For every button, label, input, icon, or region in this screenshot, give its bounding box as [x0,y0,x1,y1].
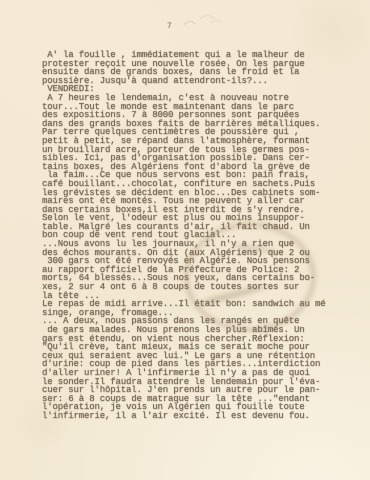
body-paragraph: A 7 heures le lendemain, c'est à nouveau… [42,94,342,421]
pencil-scribble-mark [180,11,226,33]
page-number: 7 [167,22,172,31]
scanned-typewritten-page: 7 A' la fouille , immédiatement qui a le… [0,0,370,480]
typed-text-block: A' la fouille , immédiatement qui a le m… [42,51,342,421]
opening-paragraph: A' la fouille , immédiatement qui a le m… [42,51,342,85]
